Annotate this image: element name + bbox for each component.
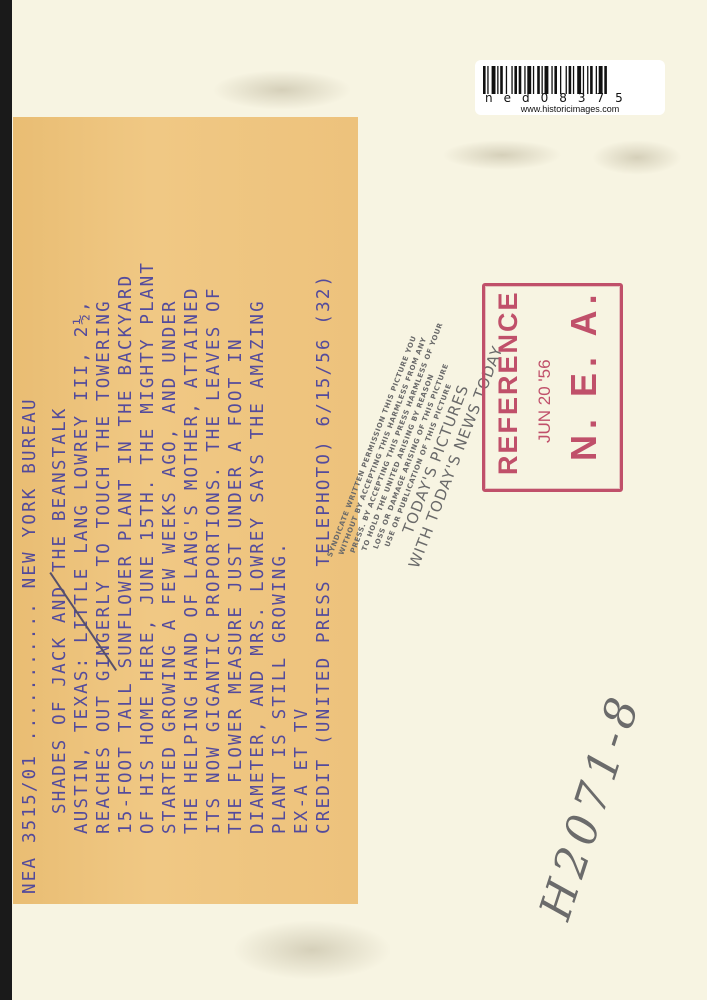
stamp-title: REFERENCE — [493, 290, 524, 475]
caption-text-block: NEA 3515/01 ........... NEW YORK BUREAUS… — [13, 117, 358, 904]
reference-stamp: REFERENCE JUN 20 '56 N. E. A. — [482, 283, 623, 492]
caption-line: EX-A ET TV — [291, 707, 314, 834]
barcode-icon — [483, 66, 657, 94]
smudge — [212, 70, 352, 110]
caption-line: DIAMETER, AND MRS. LOWREY SAYS THE AMAZI… — [247, 299, 270, 834]
barcode-website: www.historicimages.com — [475, 104, 665, 114]
caption-line: SHADES OF JACK AND THE BEANSTALK — [49, 406, 72, 814]
caption-line: ITS NOW GIGANTIC PROPORTIONS. THE LEAVES… — [203, 286, 226, 834]
barcode-code: ned08375 — [485, 92, 657, 104]
caption-line: PLANT IS STILL GROWING. — [269, 541, 292, 834]
caption-line: STARTED GROWING A FEW WEEKS AGO, AND UND… — [159, 299, 182, 834]
caption-line: AUSTIN, TEXAS: LITTLE LANG LOWREY III, 2… — [71, 299, 94, 834]
stamp-agency: N. E. A. — [563, 288, 605, 461]
caption-line: OF HIS HOME HERE, JUNE 15TH. THE MIGHTY … — [137, 261, 160, 834]
caption-line: THE FLOWER MEASURE JUST UNDER A FOOT IN — [225, 337, 248, 834]
stamp-date: JUN 20 '56 — [535, 359, 555, 443]
smudge — [442, 140, 562, 170]
caption-line: REACHES OUT GINGERLY TO TOUCH THE TOWERI… — [93, 299, 116, 834]
caption-line: NEA 3515/01 ........... NEW YORK BUREAU — [19, 397, 42, 894]
caption-line: 15-FOOT TALL SUNFLOWER PLANT IN THE BACK… — [115, 274, 138, 834]
barcode-label: ned08375 www.historicimages.com — [475, 60, 665, 115]
caption-line: THE HELPING HAND OF LANG'S MOTHER, ATTAI… — [181, 286, 204, 834]
caption-sheet: NEA 3515/01 ........... NEW YORK BUREAUS… — [13, 117, 358, 904]
smudge — [592, 140, 682, 175]
smudge — [232, 920, 392, 980]
